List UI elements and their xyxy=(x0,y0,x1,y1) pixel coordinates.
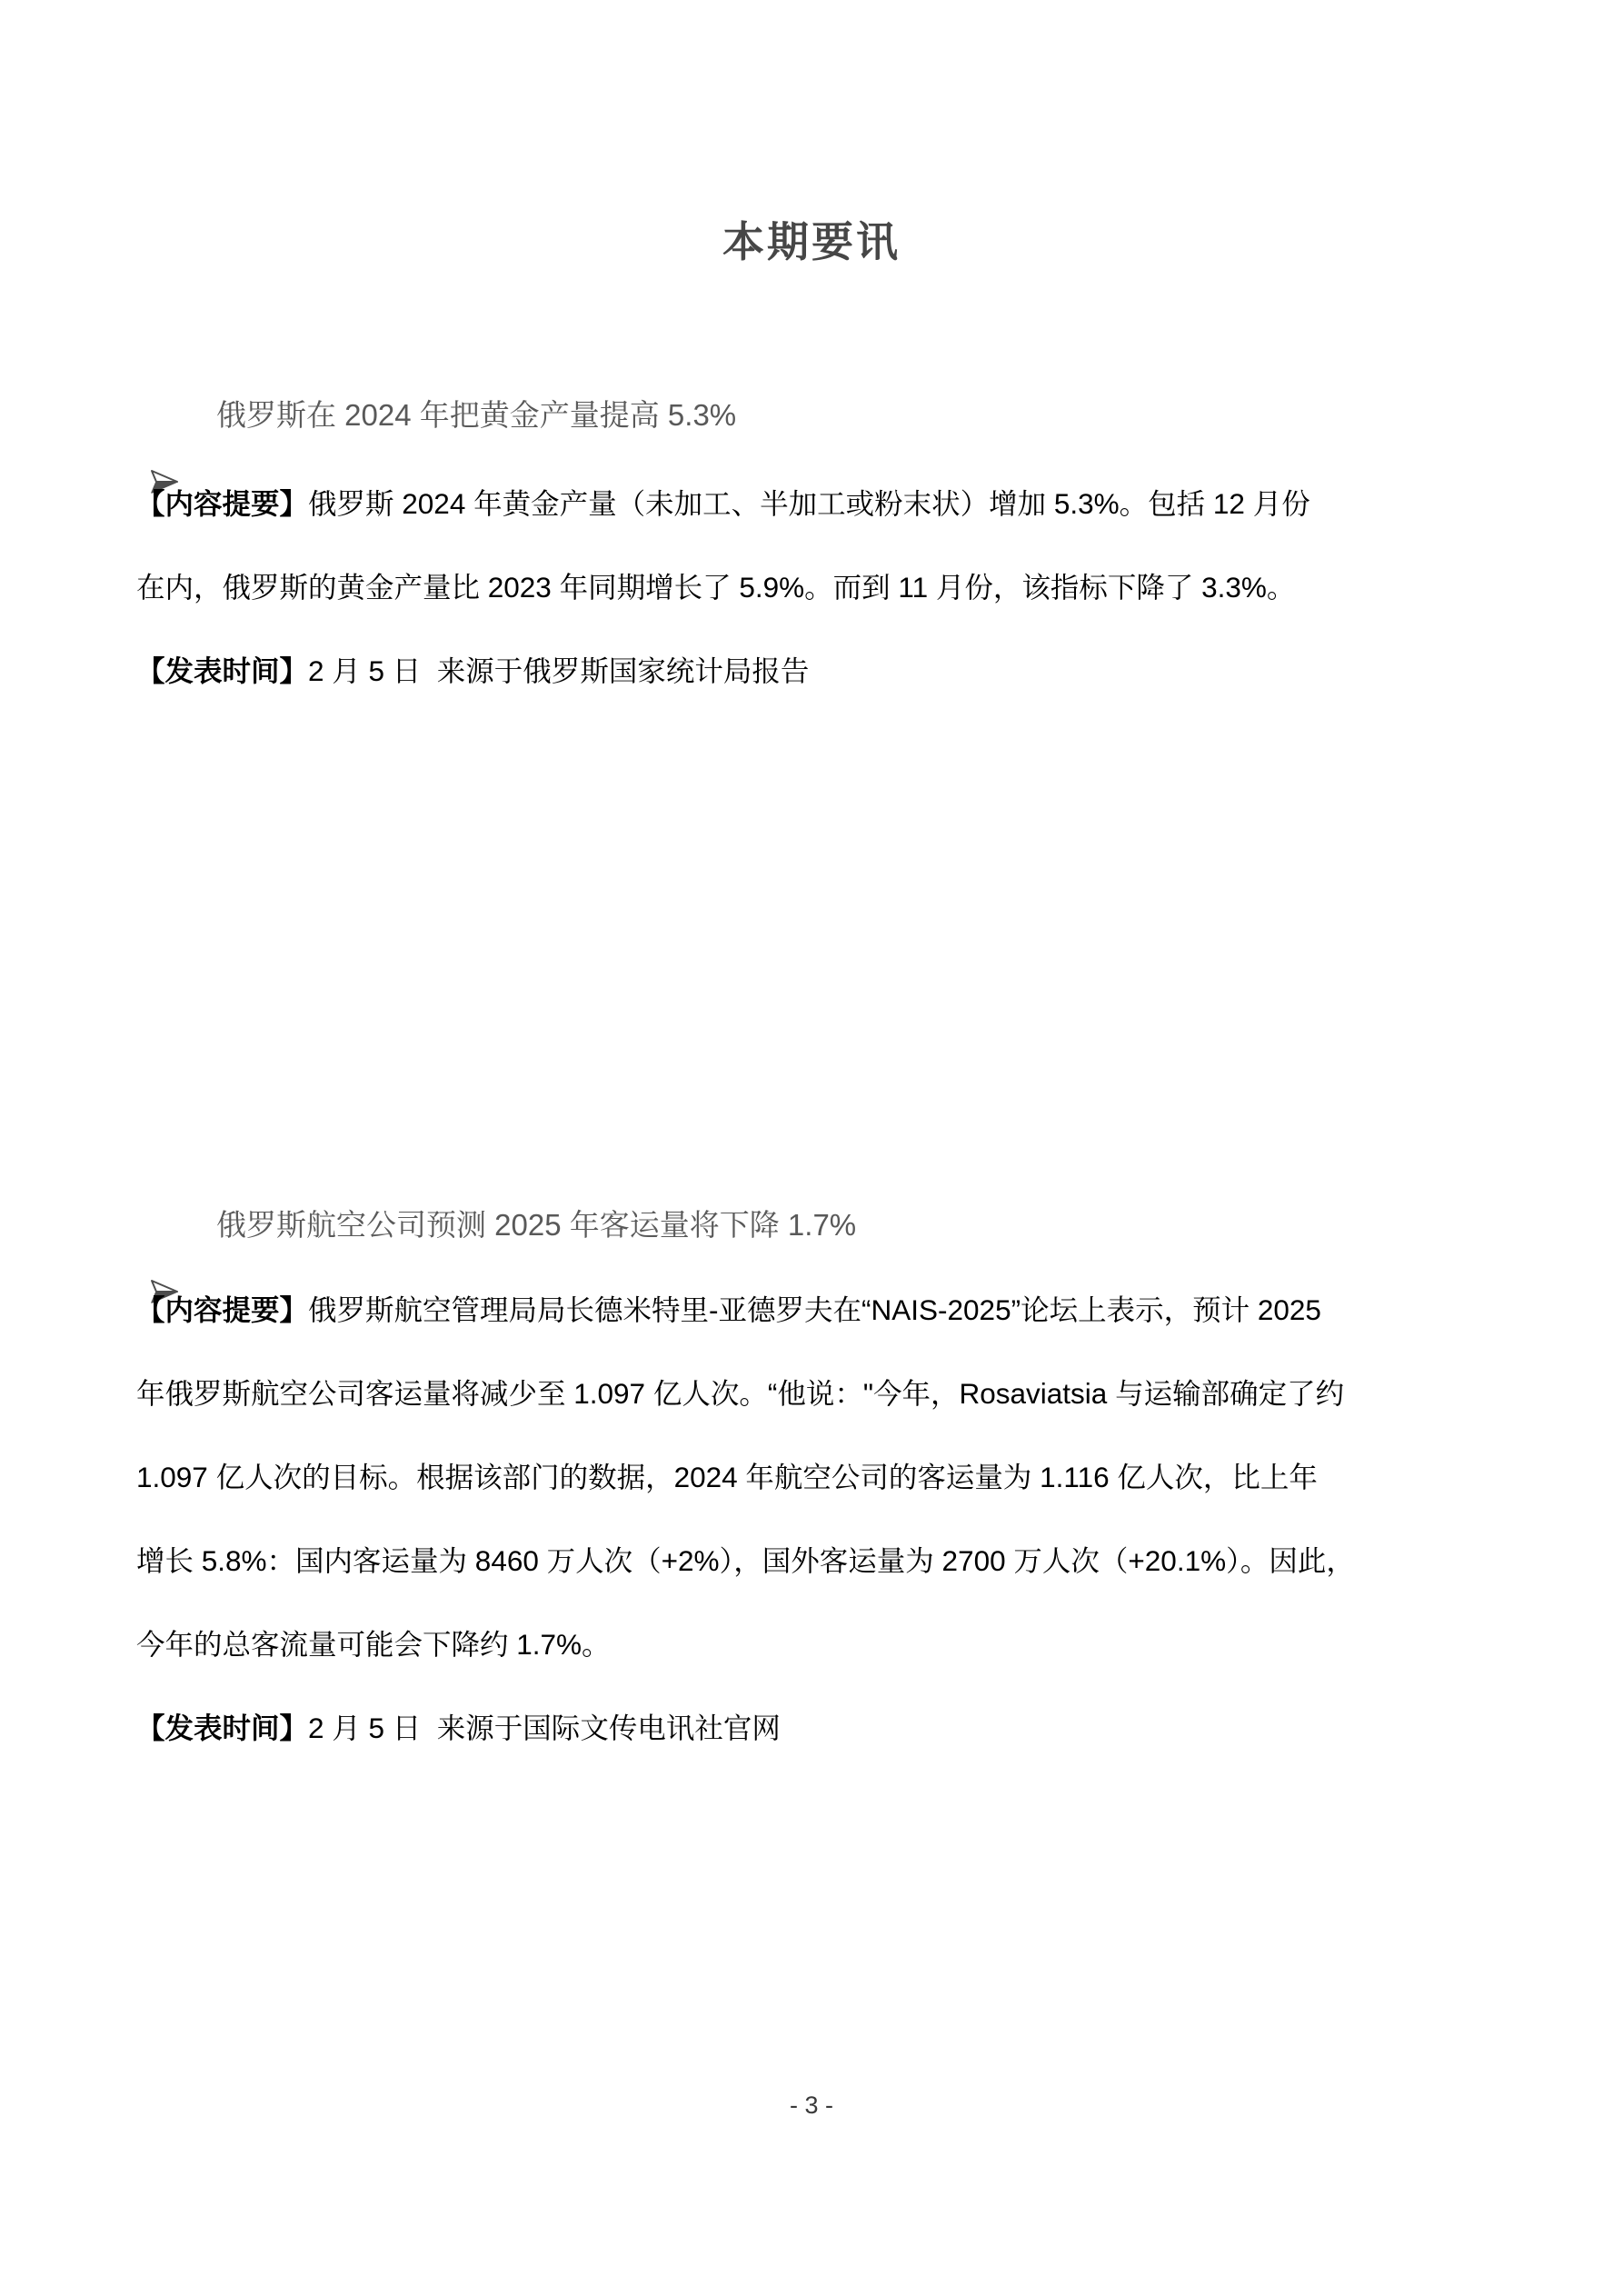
page-number: - 3 - xyxy=(0,2087,1623,2123)
summary-text: 在内，俄罗斯的黄金产量比 2023 年同期增长了 5.9%。而到 11 月份，该… xyxy=(136,571,1295,604)
summary-paragraph: 【内容提要】俄罗斯 2024 年黄金产量（未加工、半加工或粉末状）增加 5.3%… xyxy=(136,462,1492,713)
publish-text: 2 月 5 日 来源于俄罗斯国家统计局报告 xyxy=(308,654,809,687)
summary-label: 【内容提要】 xyxy=(136,487,308,520)
summary-label: 【内容提要】 xyxy=(136,1293,308,1326)
summary-line: 【内容提要】俄罗斯 2024 年黄金产量（未加工、半加工或粉末状）增加 5.3%… xyxy=(136,462,1492,545)
summary-line: 1.097 亿人次的目标。根据该部门的数据，2024 年航空公司的客运量为 1.… xyxy=(136,1435,1492,1519)
summary-text: 俄罗斯航空管理局局长德米特里-亚德罗夫在“NAIS-2025”论坛上表示，预计 … xyxy=(308,1293,1321,1326)
section-heading: 俄罗斯在 2024 年把黄金产量提高 5.3% xyxy=(136,391,1492,434)
section-heading: 俄罗斯航空公司预测 2025 年客运量将下降 1.7% xyxy=(136,1201,1492,1244)
section-heading-text: 俄罗斯在 2024 年把黄金产量提高 5.3% xyxy=(216,392,736,434)
arrowhead-right-icon xyxy=(149,399,180,426)
news-section-aviation: 俄罗斯航空公司预测 2025 年客运量将下降 1.7% 【内容提要】俄罗斯航空管… xyxy=(136,1201,1492,1770)
summary-text: 增长 5.8%：国内客运量为 8460 万人次（+2%），国外客运量为 2700… xyxy=(136,1544,1355,1577)
publish-line: 【发表时间】2 月 5 日 来源于俄罗斯国家统计局报告 xyxy=(136,629,1492,713)
arrowhead-right-icon xyxy=(149,1209,180,1236)
summary-text: 1.097 亿人次的目标。根据该部门的数据，2024 年航空公司的客运量为 1.… xyxy=(136,1461,1318,1493)
section-heading-text: 俄罗斯航空公司预测 2025 年客运量将下降 1.7% xyxy=(216,1202,856,1244)
summary-paragraph: 【内容提要】俄罗斯航空管理局局长德米特里-亚德罗夫在“NAIS-2025”论坛上… xyxy=(136,1268,1492,1770)
summary-line: 【内容提要】俄罗斯航空管理局局长德米特里-亚德罗夫在“NAIS-2025”论坛上… xyxy=(136,1268,1492,1352)
summary-line: 增长 5.8%：国内客运量为 8460 万人次（+2%），国外客运量为 2700… xyxy=(136,1519,1492,1602)
summary-text: 今年的总客流量可能会下降约 1.7%。 xyxy=(136,1628,611,1661)
page-title: 本期要讯 xyxy=(0,215,1623,269)
publish-label: 【发表时间】 xyxy=(136,654,308,687)
summary-text: 年俄罗斯航空公司客运量将减少至 1.097 亿人次。“他说："今年，Rosavi… xyxy=(136,1377,1344,1410)
document-page: 本期要讯 俄罗斯在 2024 年把黄金产量提高 5.3% 【内容提要】俄罗斯 2… xyxy=(0,0,1623,2296)
summary-line: 年俄罗斯航空公司客运量将减少至 1.097 亿人次。“他说："今年，Rosavi… xyxy=(136,1352,1492,1435)
publish-label: 【发表时间】 xyxy=(136,1712,308,1744)
summary-line: 在内，俄罗斯的黄金产量比 2023 年同期增长了 5.9%。而到 11 月份，该… xyxy=(136,545,1492,629)
news-section-gold: 俄罗斯在 2024 年把黄金产量提高 5.3% 【内容提要】俄罗斯 2024 年… xyxy=(136,391,1492,713)
publish-line: 【发表时间】2 月 5 日 来源于国际文传电讯社官网 xyxy=(136,1686,1492,1770)
summary-text: 俄罗斯 2024 年黄金产量（未加工、半加工或粉末状）增加 5.3%。包括 12… xyxy=(308,487,1310,520)
summary-line: 今年的总客流量可能会下降约 1.7%。 xyxy=(136,1602,1492,1686)
publish-text: 2 月 5 日 来源于国际文传电讯社官网 xyxy=(308,1712,781,1744)
